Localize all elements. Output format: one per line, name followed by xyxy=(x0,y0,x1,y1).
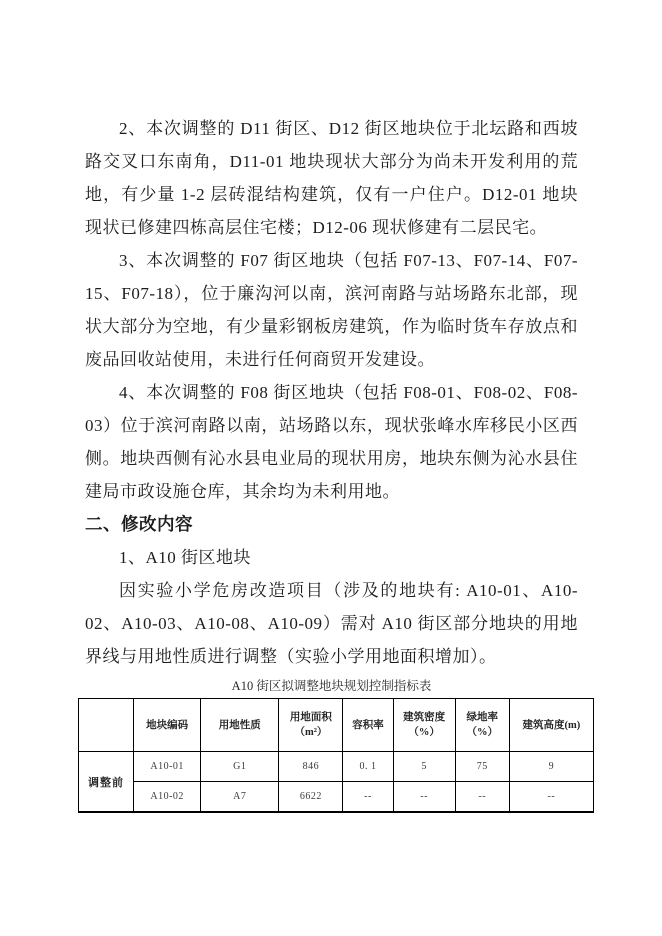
header-empty-cell xyxy=(79,699,134,752)
paragraph-f07: 3、本次调整的 F07 街区地块（包括 F07-13、F07-14、F07-15… xyxy=(85,244,578,376)
cell-building-height: 9 xyxy=(509,752,593,782)
cell-land-use: A7 xyxy=(201,782,279,813)
indicator-table: 地块编码 用地性质 用地面积 （m²） 容积率 建筑密度 （%） 绿地率 （%）… xyxy=(78,698,594,813)
table-row: 调整前 A10-01 G1 846 0. 1 5 75 9 xyxy=(79,752,594,782)
document-body: 2、本次调整的 D11 街区、D12 街区地块位于北坛路和西坡路交叉口东南角，D… xyxy=(85,112,578,813)
cell-land-area: 6622 xyxy=(279,782,343,813)
header-green-rate: 绿地率 （%） xyxy=(455,699,509,752)
subsection-heading: 1、A10 街区地块 xyxy=(85,541,578,574)
header-plot-code: 地块编码 xyxy=(134,699,201,752)
cell-plot-code: A10-02 xyxy=(134,782,201,813)
cell-plot-code: A10-01 xyxy=(134,752,201,782)
header-building-height: 建筑高度(m) xyxy=(509,699,593,752)
cell-building-density: -- xyxy=(393,782,455,813)
header-land-area: 用地面积 （m²） xyxy=(279,699,343,752)
cell-building-density: 5 xyxy=(393,752,455,782)
table-caption: A10 街区拟调整地块规划控制指标表 xyxy=(85,674,578,698)
document-page: 2、本次调整的 D11 街区、D12 街区地块位于北坛路和西坡路交叉口东南角，D… xyxy=(0,0,662,936)
header-building-density: 建筑密度 （%） xyxy=(393,699,455,752)
cell-land-area: 846 xyxy=(279,752,343,782)
table-row: A10-02 A7 6622 -- -- -- -- xyxy=(79,782,594,813)
paragraph-d11-d12: 2、本次调整的 D11 街区、D12 街区地块位于北坛路和西坡路交叉口东南角，D… xyxy=(85,112,578,244)
section-heading: 二、修改内容 xyxy=(85,508,578,541)
cell-plot-ratio: -- xyxy=(343,782,393,813)
cell-plot-ratio: 0. 1 xyxy=(343,752,393,782)
paragraph-f08: 4、本次调整的 F08 街区地块（包括 F08-01、F08-02、F08-03… xyxy=(85,376,578,508)
cell-green-rate: 75 xyxy=(455,752,509,782)
header-plot-ratio: 容积率 xyxy=(343,699,393,752)
cell-building-height: -- xyxy=(509,782,593,813)
table-header-row: 地块编码 用地性质 用地面积 （m²） 容积率 建筑密度 （%） 绿地率 （%）… xyxy=(79,699,594,752)
header-land-use: 用地性质 xyxy=(201,699,279,752)
paragraph-a10: 因实验小学危房改造项目（涉及的地块有: A10-01、A10-02、A10-03… xyxy=(85,574,578,673)
row-group-label: 调整前 xyxy=(79,752,134,813)
cell-green-rate: -- xyxy=(455,782,509,813)
cell-land-use: G1 xyxy=(201,752,279,782)
